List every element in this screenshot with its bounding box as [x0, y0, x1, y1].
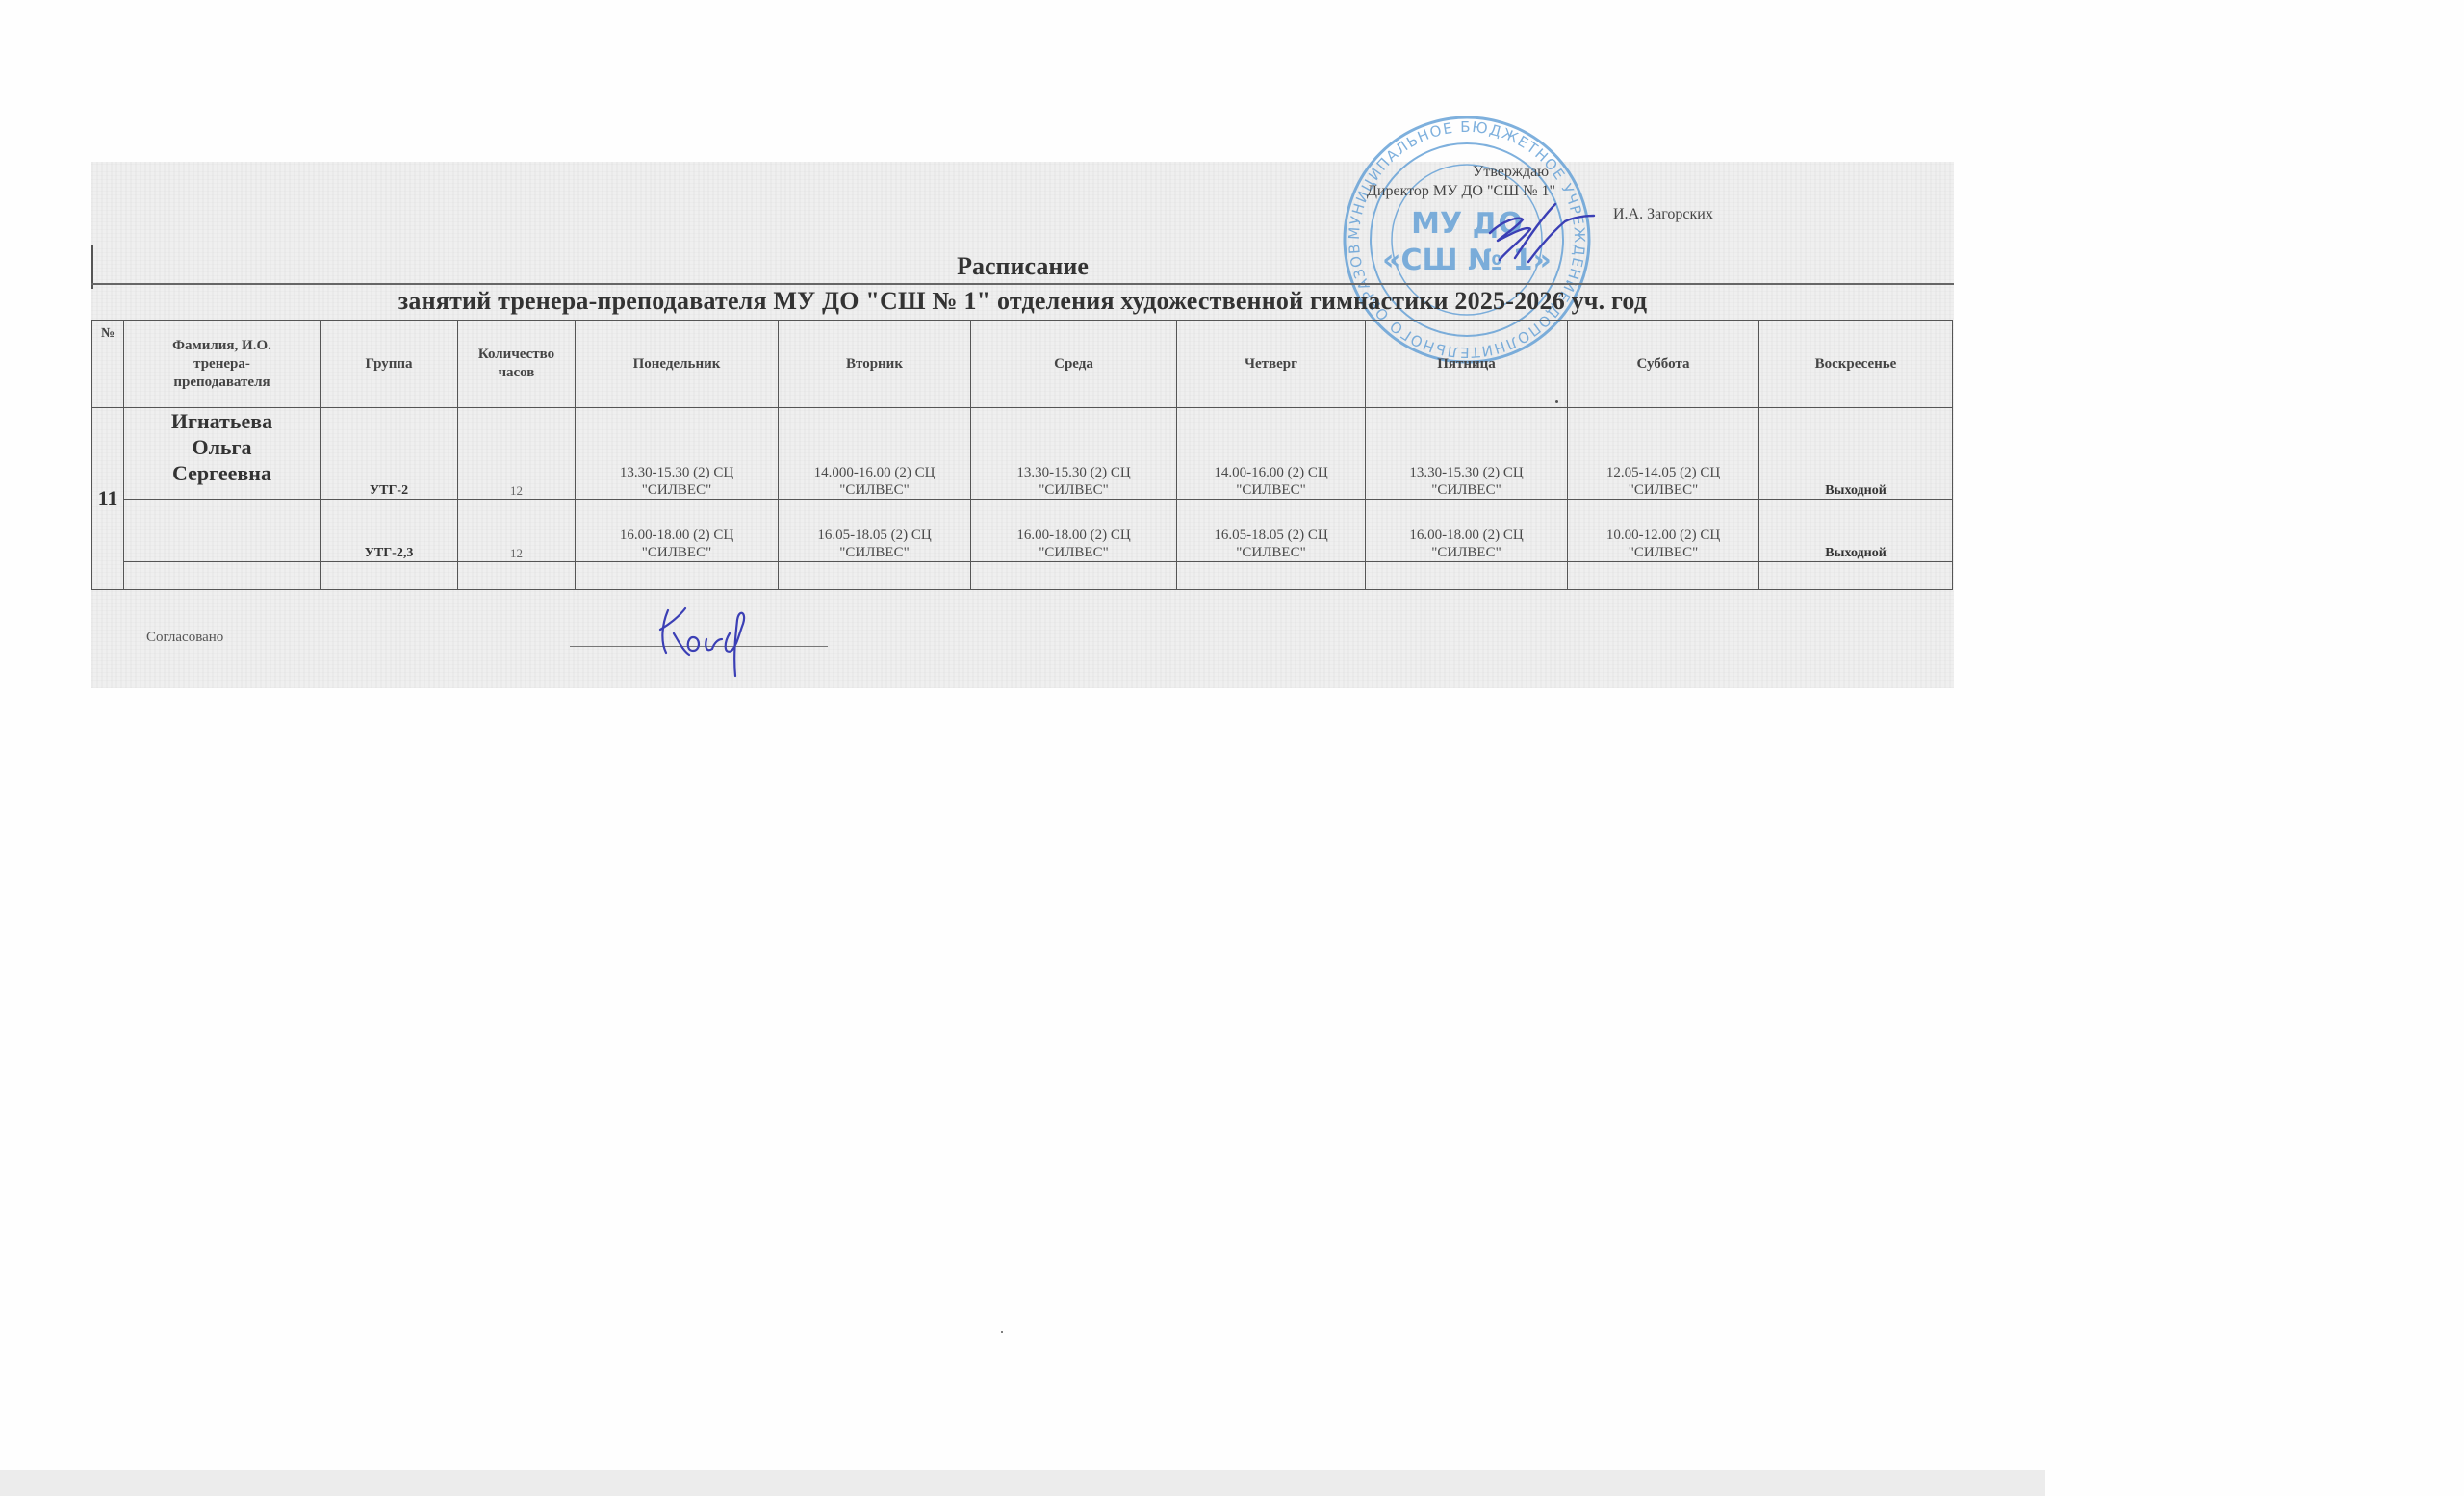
- header-friday: Пятница: [1366, 321, 1568, 408]
- hours-cell: 12: [458, 408, 576, 500]
- friday-cell: 16.00-18.00 (2) СЦ"СИЛВЕС": [1366, 500, 1568, 562]
- group-cell: УТГ-2: [321, 408, 458, 500]
- header-sunday: Воскресенье: [1759, 321, 1953, 408]
- table-row: УТГ-2,3 12 16.00-18.00 (2) СЦ"СИЛВЕС" 16…: [92, 500, 1953, 562]
- wednesday-cell: 13.30-15.30 (2) СЦ"СИЛВЕС": [971, 408, 1177, 500]
- header-monday: Понедельник: [576, 321, 779, 408]
- saturday-cell: 12.05-14.05 (2) СЦ"СИЛВЕС": [1568, 408, 1759, 500]
- hours-cell: 12: [458, 500, 576, 562]
- header-trainer-name: Фамилия, И.О. тренера- преподавателя: [124, 321, 321, 408]
- thursday-cell: 14.00-16.00 (2) СЦ"СИЛВЕС": [1177, 408, 1366, 500]
- tuesday-cell: 14.000-16.00 (2) СЦ"СИЛВЕС": [779, 408, 971, 500]
- wednesday-cell: 16.00-18.00 (2) СЦ"СИЛВЕС": [971, 500, 1177, 562]
- scan-speck: [1001, 1331, 1003, 1333]
- header-hours: Количество часов: [458, 321, 576, 408]
- document-subtitle: занятий тренера-преподавателя МУ ДО "СШ …: [91, 287, 1954, 316]
- sunday-cell: Выходной: [1759, 408, 1953, 500]
- saturday-cell: 10.00-12.00 (2) СЦ"СИЛВЕС": [1568, 500, 1759, 562]
- monday-cell: 13.30-15.30 (2) СЦ"СИЛВЕС": [576, 408, 779, 500]
- thursday-cell: 16.05-18.05 (2) СЦ"СИЛВЕС": [1177, 500, 1366, 562]
- trainer-name: Игнатьева Ольга Сергеевна: [124, 408, 321, 500]
- trainer-name-empty: [124, 500, 321, 562]
- header-tuesday: Вторник: [779, 321, 971, 408]
- group-cell: УТГ-2,3: [321, 500, 458, 562]
- table-row: 11 Игнатьева Ольга Сергеевна УТГ-2 12 13…: [92, 408, 1953, 500]
- agreement-signature-icon: [654, 595, 760, 682]
- title-divider: [91, 283, 1954, 285]
- scanner-edge-strip: [0, 1470, 2045, 1496]
- header-number: №: [92, 321, 124, 408]
- approval-label: Утверждаю: [1473, 164, 1549, 181]
- header-row: № Фамилия, И.О. тренера- преподавателя Г…: [92, 321, 1953, 408]
- table-row-empty: [92, 562, 1953, 590]
- schedule-table: № Фамилия, И.О. тренера- преподавателя Г…: [91, 320, 1953, 590]
- header-wednesday: Среда: [971, 321, 1177, 408]
- document-title: Расписание: [91, 252, 1954, 281]
- approval-signer: И.А. Загорских: [1613, 206, 1713, 223]
- row-number: 11: [92, 408, 124, 590]
- header-group: Группа: [321, 321, 458, 408]
- friday-cell: 13.30-15.30 (2) СЦ"СИЛВЕС": [1366, 408, 1568, 500]
- monday-cell: 16.00-18.00 (2) СЦ"СИЛВЕС": [576, 500, 779, 562]
- sunday-cell: Выходной: [1759, 500, 1953, 562]
- tuesday-cell: 16.05-18.05 (2) СЦ"СИЛВЕС": [779, 500, 971, 562]
- header-saturday: Суббота: [1568, 321, 1759, 408]
- header-thursday: Четверг: [1177, 321, 1366, 408]
- agreed-label: Согласовано: [146, 630, 223, 646]
- scan-speck: [1555, 400, 1558, 403]
